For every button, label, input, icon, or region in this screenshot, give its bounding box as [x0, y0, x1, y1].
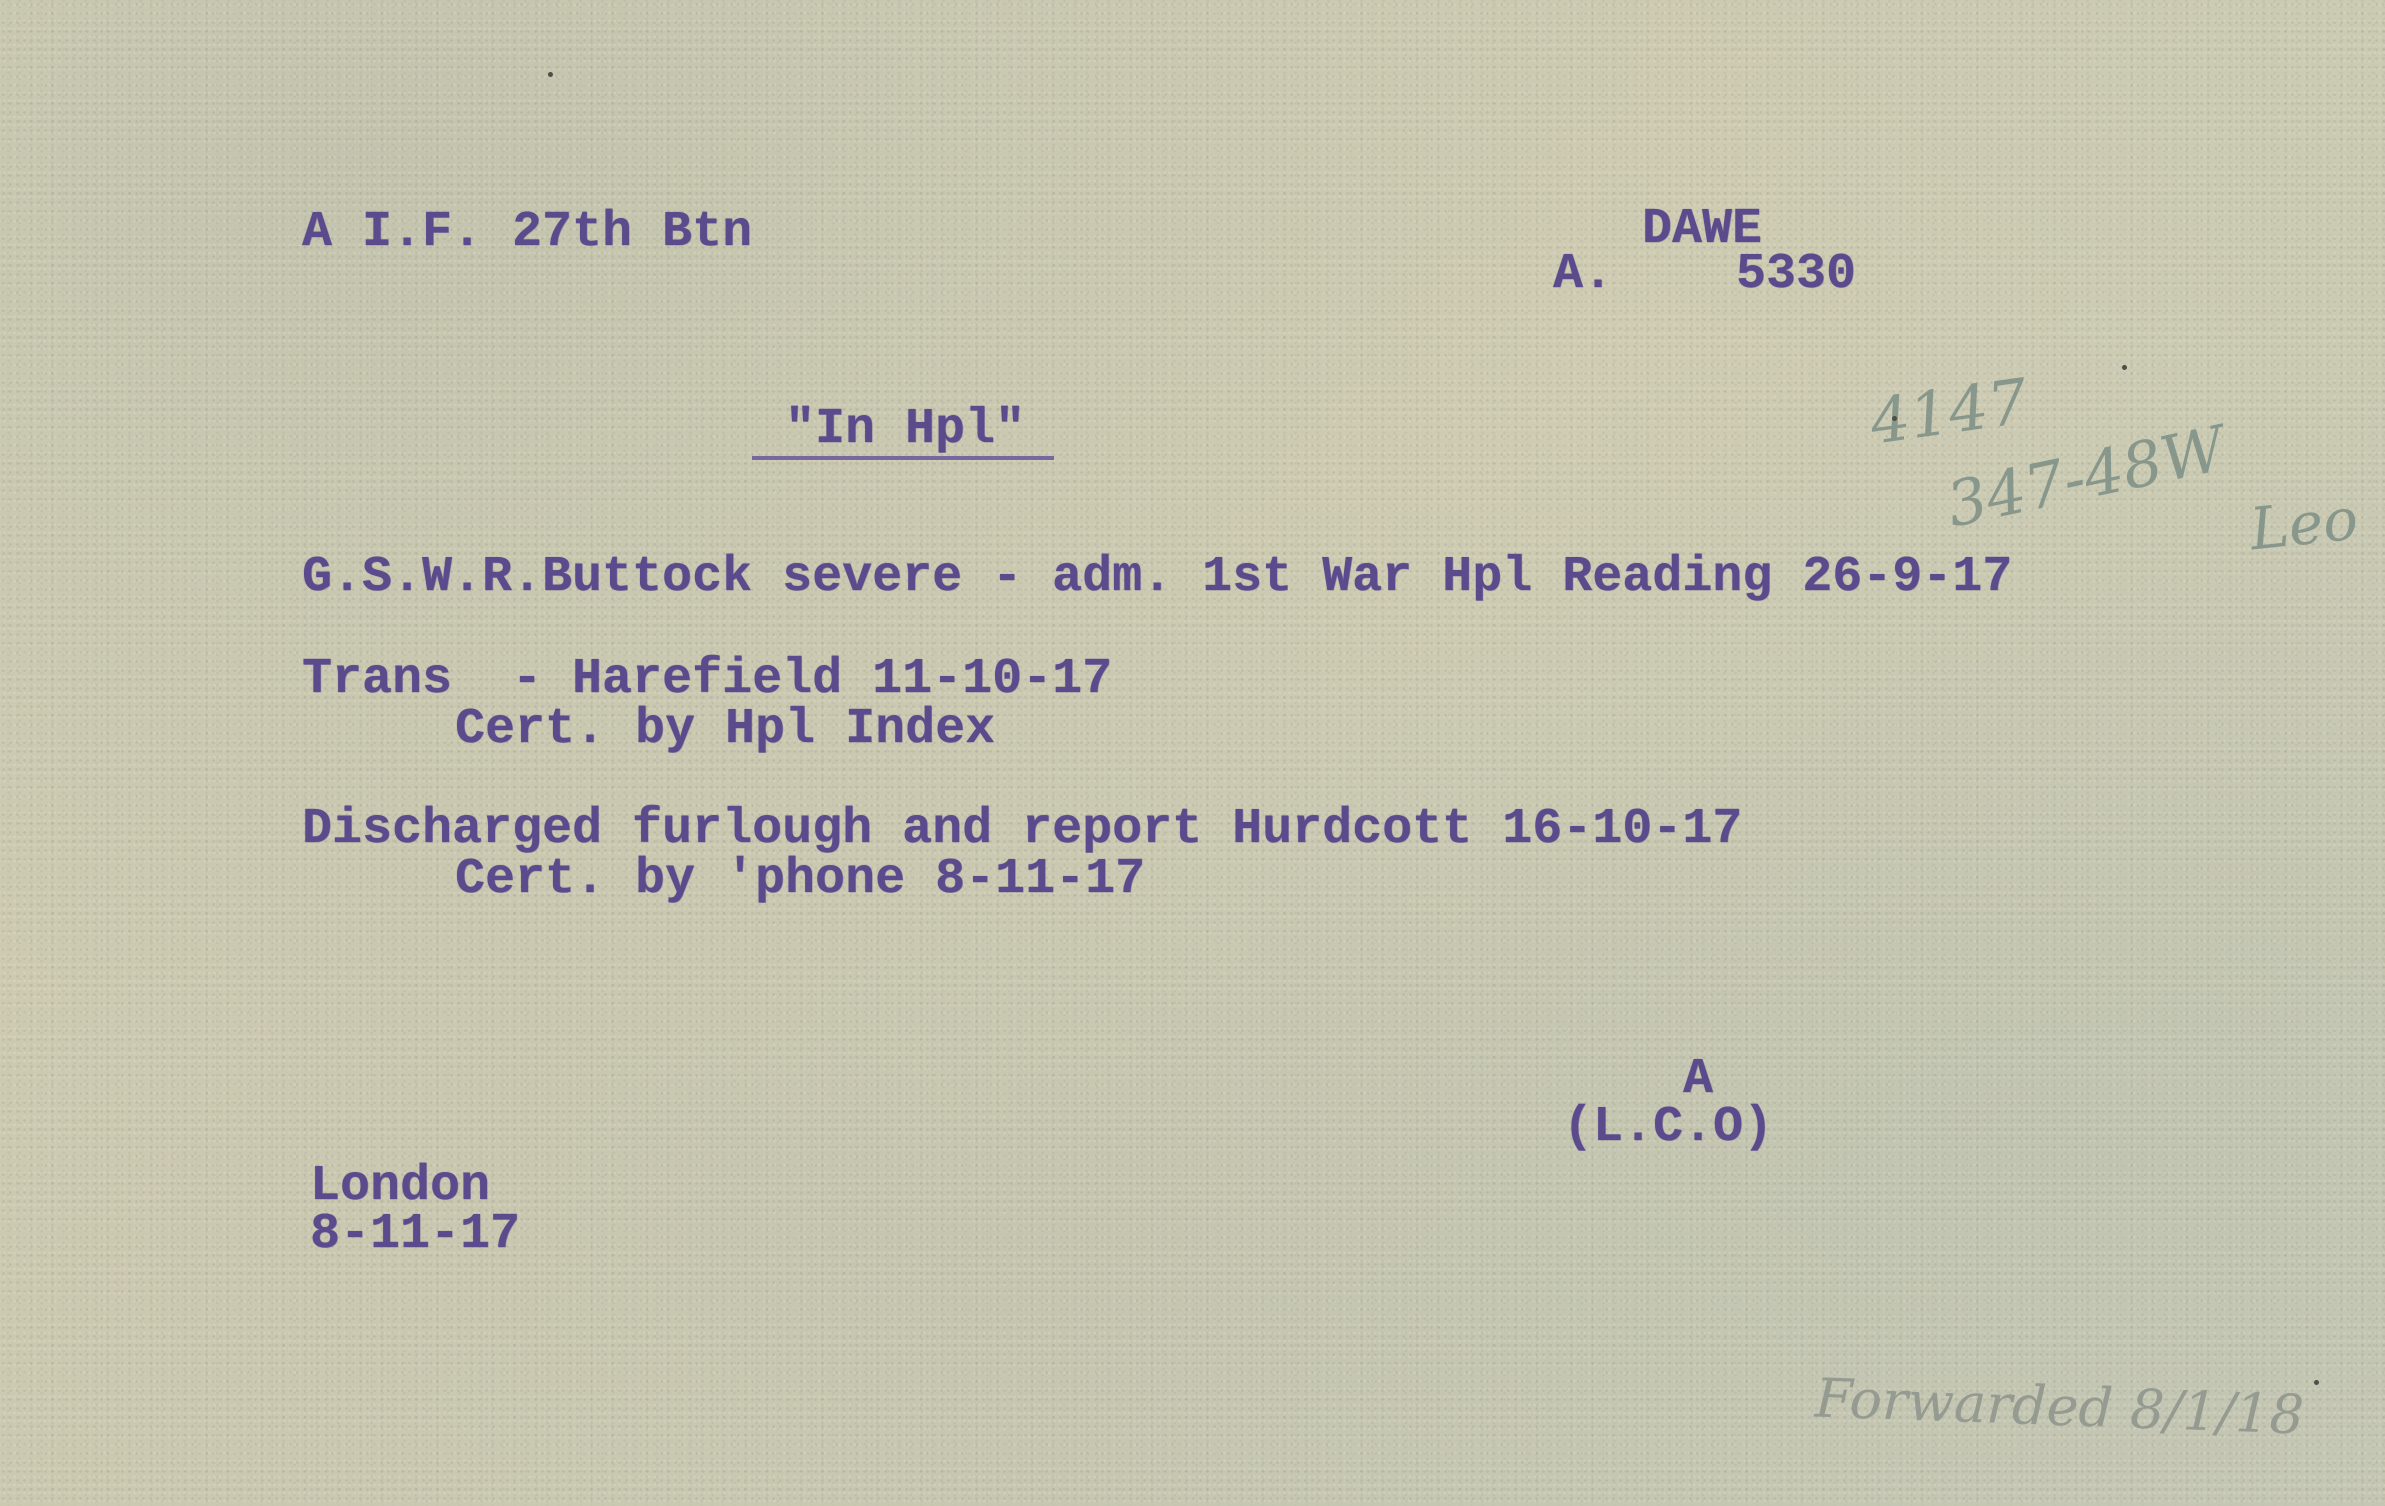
entry-transfer-certification: Cert. by Hpl Index — [455, 705, 995, 755]
handwritten-forwarded-note: Forwarded 8/1/18 — [1814, 1366, 2305, 1446]
office-code: (L.C.O) — [1563, 1103, 1773, 1153]
service-number: 5330 — [1736, 250, 1856, 300]
unit-header: A I.F. 27th Btn — [302, 208, 752, 258]
index-card: A I.F. 27th Btn DAWE A. 5330 "In Hpl" G.… — [0, 0, 2385, 1506]
entry-wound-admission: G.S.W.R.Buttock severe - adm. 1st War Hp… — [302, 553, 2012, 603]
handwritten-reference-1: 4147 — [1866, 364, 2032, 458]
office-mark: A — [1683, 1055, 1713, 1105]
entry-discharge: Discharged furlough and report Hurdcott … — [302, 805, 1742, 855]
handwritten-initials: Leo — [2247, 485, 2361, 564]
entry-transfer: Trans - Harefield 11-10-17 — [302, 655, 1112, 705]
entry-discharge-certification: Cert. by 'phone 8-11-17 — [455, 855, 1145, 905]
card-date: 8-11-17 — [310, 1210, 520, 1260]
ink-speck — [2314, 1380, 2319, 1385]
ink-speck — [2122, 365, 2127, 370]
place: London — [310, 1162, 490, 1212]
ink-speck — [1892, 416, 1897, 421]
service-prefix: A. — [1553, 250, 1613, 300]
status-heading-underline — [752, 456, 1054, 460]
status-heading: "In Hpl" — [785, 405, 1025, 455]
ink-speck — [548, 72, 553, 77]
